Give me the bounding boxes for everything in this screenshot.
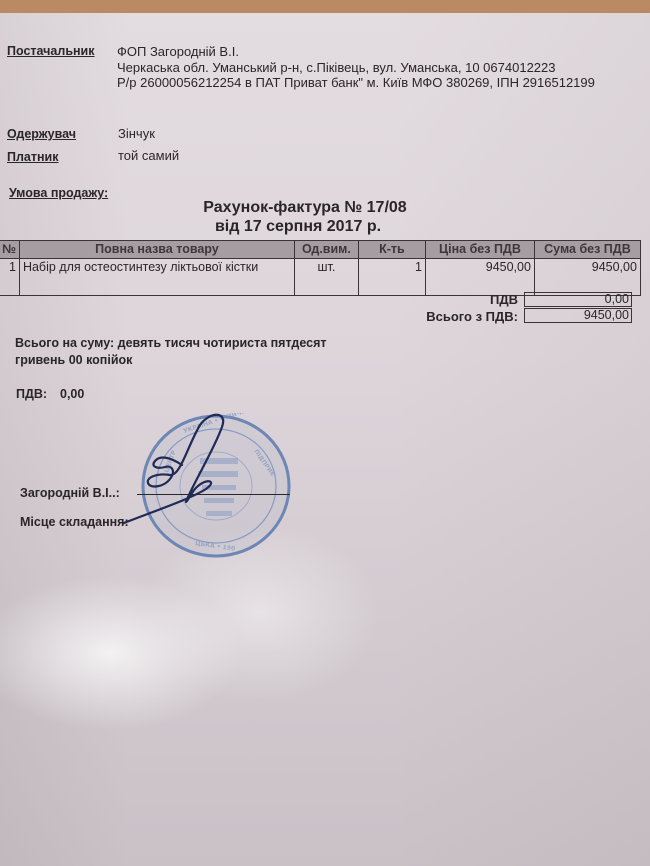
vat-summary-label: ПДВ: — [16, 387, 47, 401]
col-header-qty: К-ть — [358, 241, 425, 259]
vat-summary-value: 0,00 — [60, 387, 84, 401]
cell-unit: шт. — [294, 259, 358, 296]
payer-label: Платник — [7, 150, 59, 164]
recipient-label: Одержувач — [7, 127, 76, 141]
supplier-name: ФОП Загородній В.І. — [117, 44, 239, 59]
supplier-address: Черкаська обл. Уманський р-н, с.Піківець… — [117, 60, 555, 75]
cell-name: Набір для остеостинтезу ліктьової кістки — [19, 259, 294, 296]
amount-in-words-line2: гривень 00 копійок — [15, 353, 132, 367]
supplier-label: Постачальник — [7, 44, 95, 58]
grand-total-label: Всього з ПДВ: — [368, 309, 518, 324]
grand-total-value: 9450,00 — [524, 308, 632, 323]
signature-icon — [110, 405, 240, 535]
invoice-date: від 17 серпня 2017 р. — [148, 218, 448, 236]
cell-price: 9450,00 — [425, 259, 534, 296]
col-header-price: Ціна без ПДВ — [425, 241, 534, 259]
table-header-row: № Повна назва товару Од.вим. К-ть Ціна б… — [0, 241, 640, 259]
cell-number: 1 — [0, 259, 19, 296]
supplier-bank-details: Р/р 26000056212254 в ПАТ Приват банк" м.… — [117, 75, 595, 90]
col-header-sum: Сума без ПДВ — [534, 241, 640, 259]
items-table: № Повна назва товару Од.вим. К-ть Ціна б… — [0, 240, 641, 296]
table-row: 1 Набір для остеостинтезу ліктьової кіст… — [0, 259, 640, 296]
recipient-value: Зінчук — [118, 126, 155, 141]
sale-terms-label: Умова продажу: — [9, 186, 108, 200]
cell-qty: 1 — [358, 259, 425, 296]
payer-value: той самий — [118, 148, 179, 163]
place-of-issue-label: Місце складання: — [20, 515, 129, 529]
col-header-unit: Од.вим. — [294, 241, 358, 259]
vat-total-value: 0,00 — [524, 292, 632, 307]
invoice-title: Рахунок-фактура № 17/08 — [155, 199, 455, 217]
invoice-paper — [0, 13, 650, 866]
signer-label: Загородній В.І..: — [20, 486, 120, 500]
col-header-number: № — [0, 241, 19, 259]
col-header-name: Повна назва товару — [19, 241, 294, 259]
cell-sum: 9450,00 — [534, 259, 640, 296]
amount-in-words-line1: Всього на суму: девять тисяч чотириста п… — [15, 336, 327, 350]
vat-total-label: ПДВ — [368, 292, 518, 307]
